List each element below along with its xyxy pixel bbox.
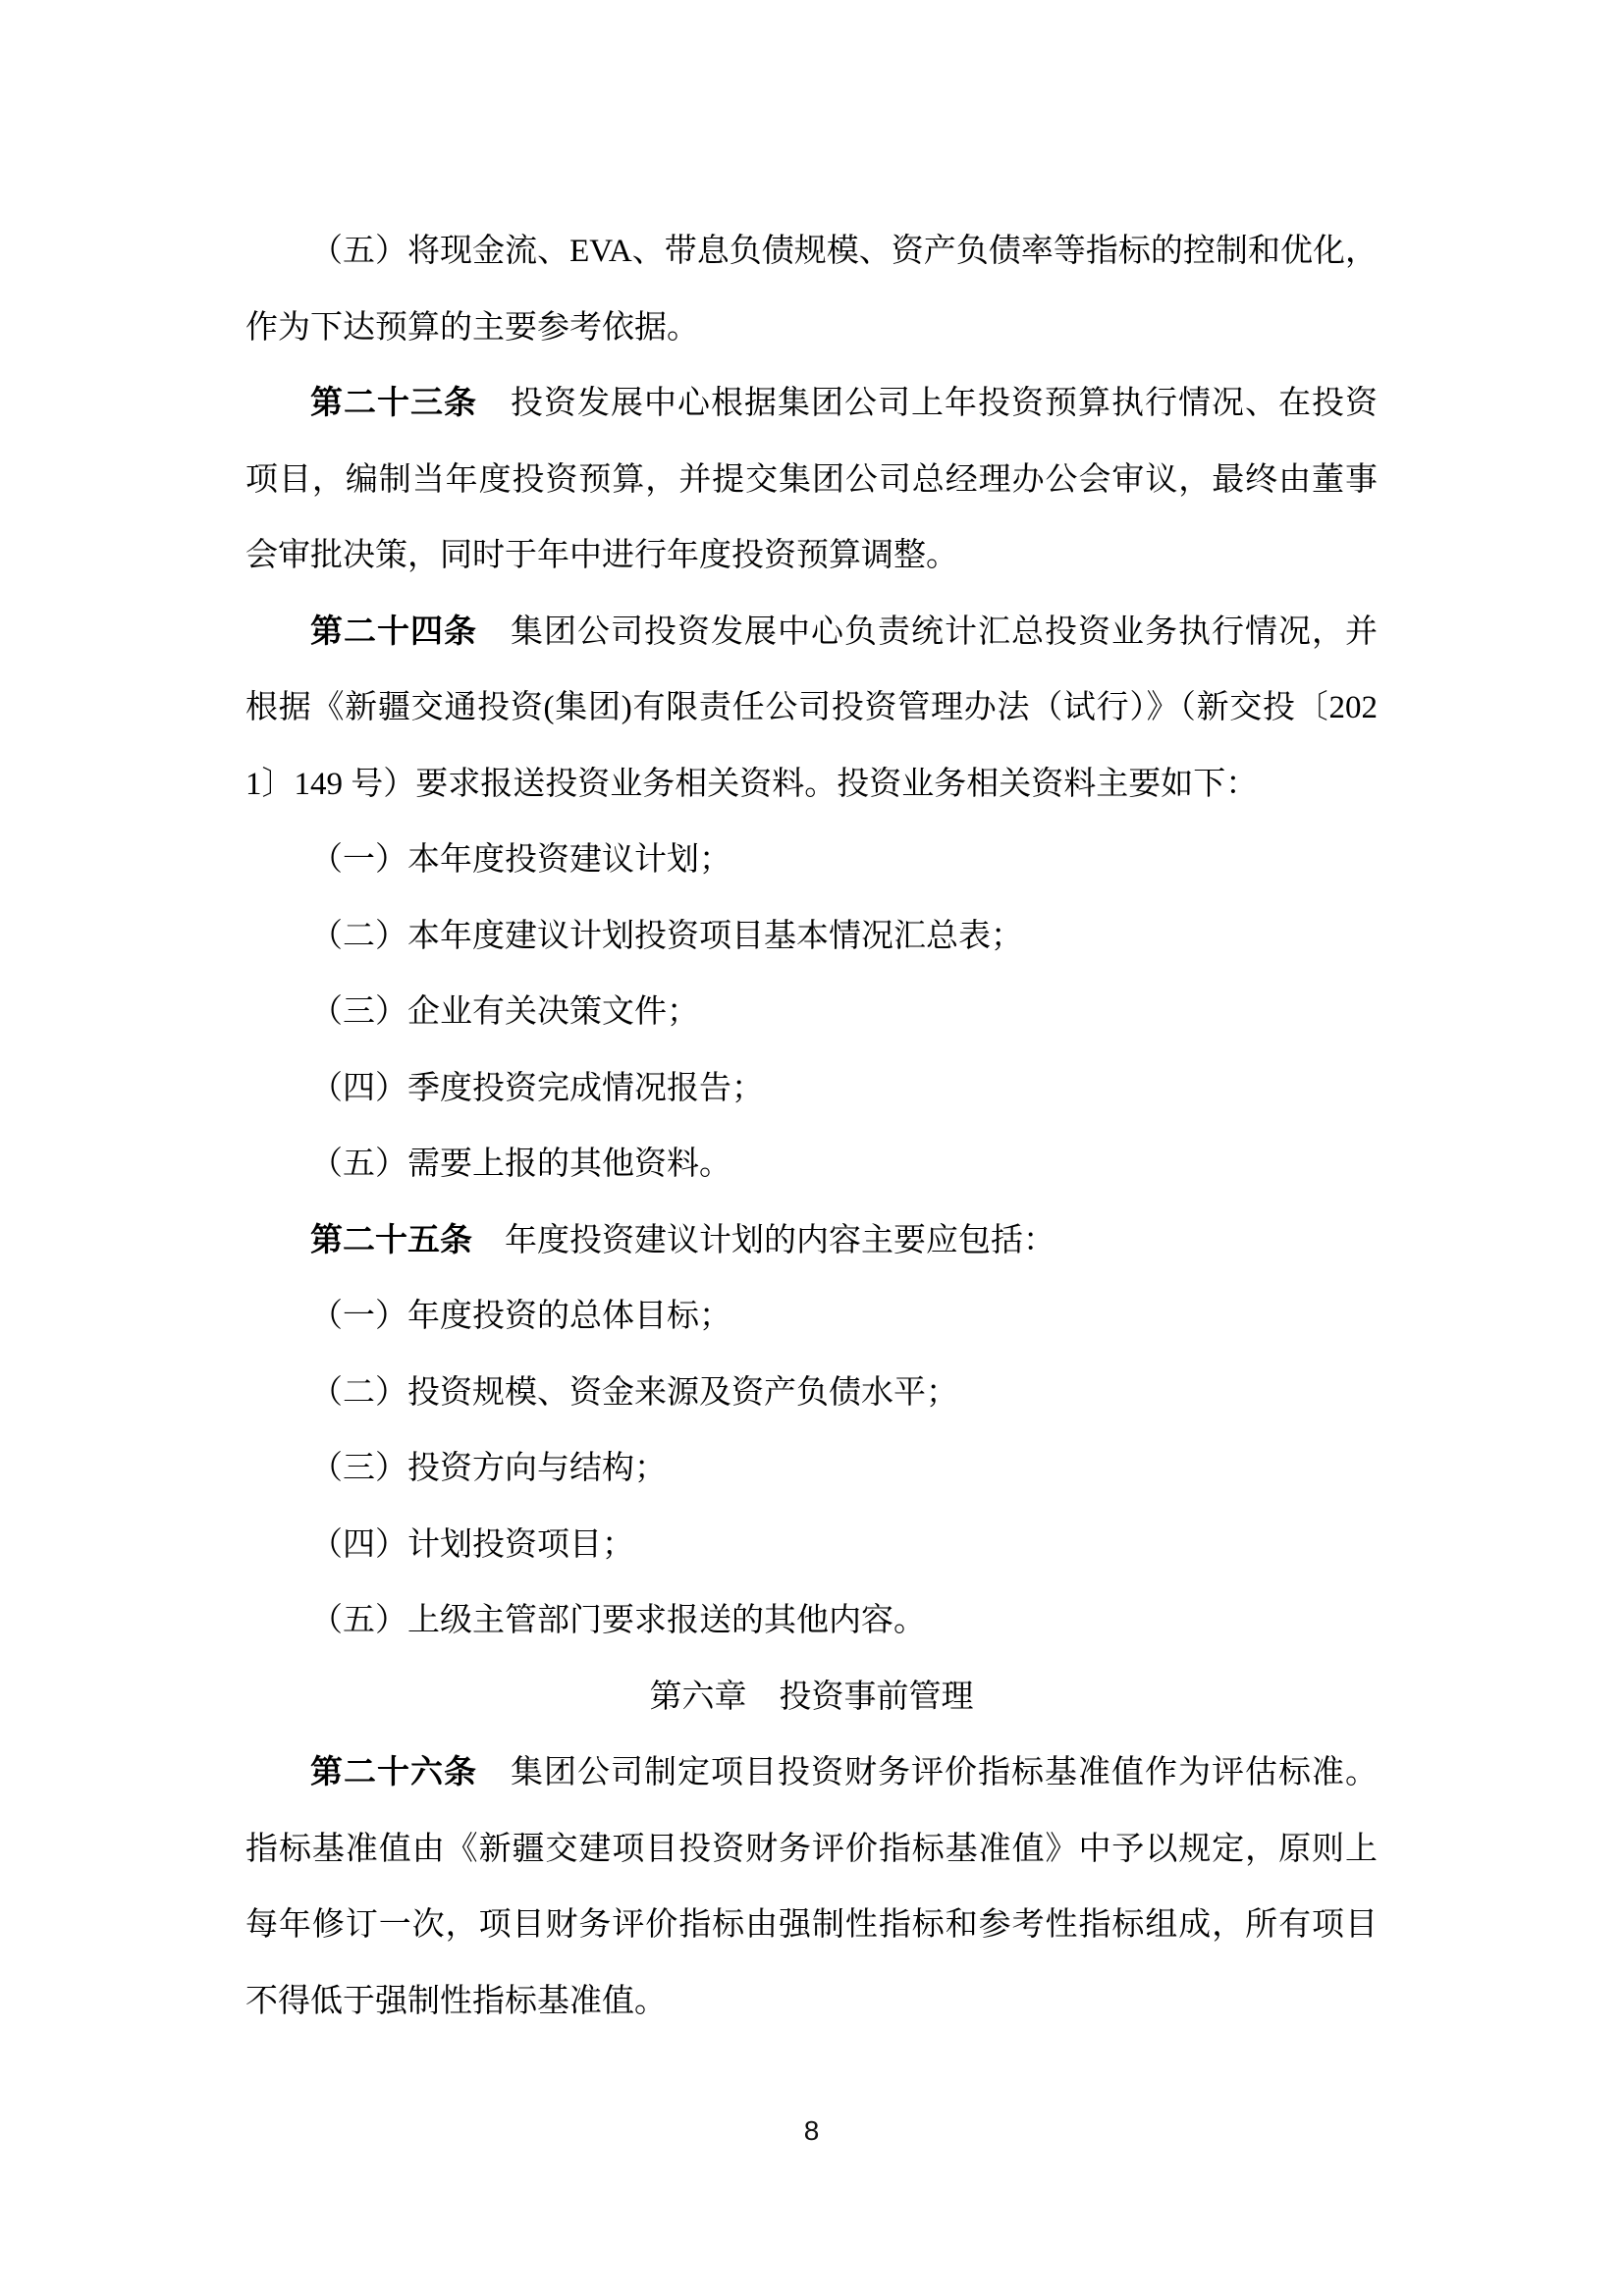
article-paragraph: 第二十六条 集团公司制定项目投资财务评价指标基准值作为评估标准。指标基准值由《新… bbox=[245, 1735, 1378, 2040]
article-number: 第二十四条 bbox=[310, 614, 477, 650]
list-item-paragraph: （二）本年度建议计划投资项目基本情况汇总表； bbox=[245, 899, 1378, 976]
document-body: （五）将现金流、EVA、带息负债规模、资产负债率等指标的控制和优化，作为下达预算… bbox=[245, 214, 1378, 2040]
list-item-paragraph: （三）投资方向与结构； bbox=[245, 1431, 1378, 1508]
document-page: { "document": { "page_number": "8", "par… bbox=[0, 0, 1623, 2296]
list-item-paragraph: （四）计划投资项目； bbox=[245, 1508, 1378, 1584]
article-paragraph: 第二十五条 年度投资建议计划的内容主要应包括： bbox=[245, 1203, 1378, 1280]
list-item-paragraph: （一）本年度投资建议计划； bbox=[245, 823, 1378, 899]
article-number: 第二十五条 bbox=[310, 1223, 472, 1258]
article-paragraph: 第二十四条 集团公司投资发展中心负责统计汇总投资业务执行情况，并根据《新疆交通投… bbox=[245, 595, 1378, 824]
chapter-heading: 第六章 投资事前管理 bbox=[245, 1660, 1378, 1736]
list-item-paragraph: （五）需要上报的其他资料。 bbox=[245, 1127, 1378, 1203]
list-item-paragraph: （四）季度投资完成情况报告； bbox=[245, 1051, 1378, 1128]
list-item-paragraph: （三）企业有关决策文件； bbox=[245, 975, 1378, 1051]
article-number: 第二十六条 bbox=[310, 1755, 477, 1790]
list-item-paragraph: （一）年度投资的总体目标； bbox=[245, 1279, 1378, 1356]
page-number: 8 bbox=[0, 2116, 1623, 2146]
list-item-paragraph: （五）上级主管部门要求报送的其他内容。 bbox=[245, 1583, 1378, 1660]
list-item-paragraph: （五）将现金流、EVA、带息负债规模、资产负债率等指标的控制和优化，作为下达预算… bbox=[245, 214, 1378, 366]
article-paragraph: 第二十三条 投资发展中心根据集团公司上年投资预算执行情况、在投资项目，编制当年度… bbox=[245, 366, 1378, 595]
article-number: 第二十三条 bbox=[310, 386, 477, 421]
list-item-paragraph: （二）投资规模、资金来源及资产负债水平； bbox=[245, 1356, 1378, 1432]
